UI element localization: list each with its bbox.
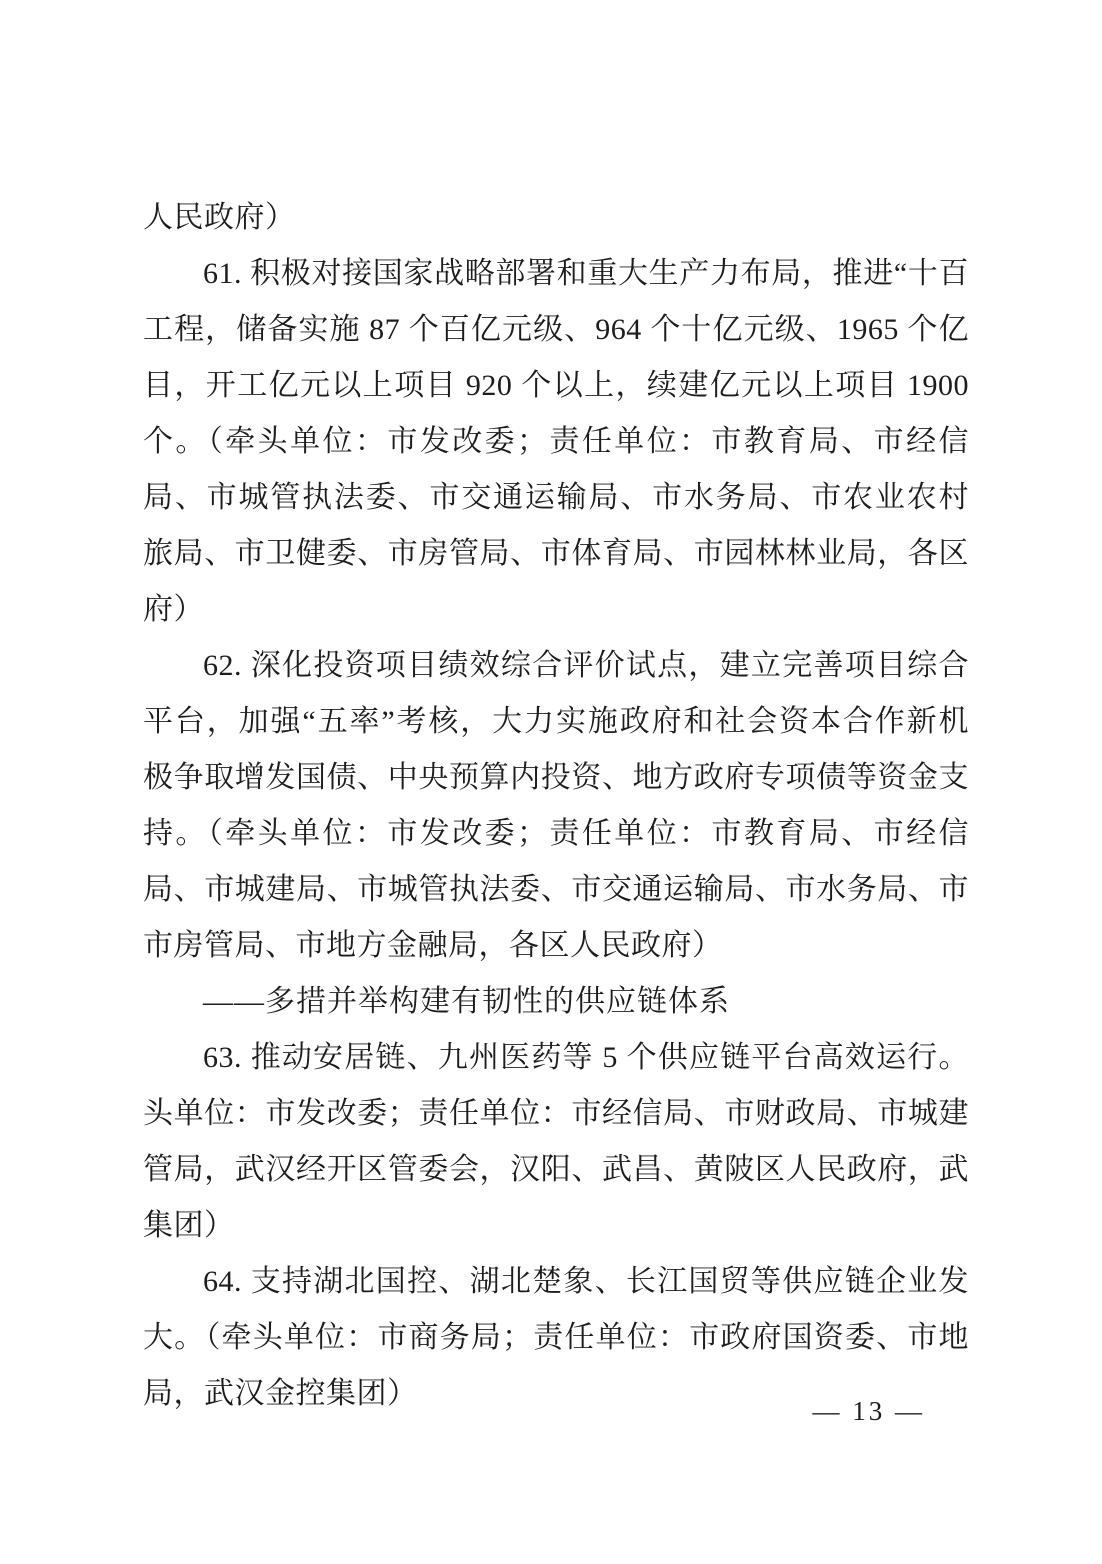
text-line: 工程，储备实施 87 个百亿元级、964 个十亿元级、1965 个亿元级项 xyxy=(143,302,969,358)
text-line: 市房管局、市地方金融局，各区人民政府） xyxy=(143,918,969,974)
text-line: 府） xyxy=(143,582,969,638)
section-heading: ——多措并举构建有韧性的供应链体系 xyxy=(143,974,969,1030)
text-line: 个。（牵头单位：市发改委；责任单位：市教育局、市经信局、市城建 xyxy=(143,414,969,470)
text-line: 大。（牵头单位：市商务局；责任单位：市政府国资委、市地方金融 xyxy=(143,1310,969,1366)
text-line: 持。（牵头单位：市发改委；责任单位：市教育局、市经信局、市财政 xyxy=(143,806,969,862)
text-line: 人民政府） xyxy=(143,190,969,246)
text-line: 局、市城管执法委、市交通运输局、市水务局、市农业农村局、市文 xyxy=(143,470,969,526)
text-line: 极争取增发国债、中央预算内投资、地方政府专项债等资金支 xyxy=(143,750,969,806)
text-line: 61. 积极对接国家战略部署和重大生产力布局，推进“十百千” xyxy=(143,246,969,302)
text-line: 64. 支持湖北国控、湖北楚象、长江国贸等供应链企业发展壮 xyxy=(143,1254,969,1310)
text-line: 集团） xyxy=(143,1198,969,1254)
page-number: — 13 — xyxy=(813,1396,926,1426)
document-page: 人民政府）61. 积极对接国家战略部署和重大生产力布局，推进“十百千”工程，储备… xyxy=(0,0,1102,1564)
text-line: 旅局、市卫健委、市房管局、市体育局、市园林林业局，各区人民政 xyxy=(143,526,969,582)
text-line: 管局，武汉经开区管委会，汉阳、武昌、黄陂区人民政府，武汉城建 xyxy=(143,1142,969,1198)
text-line: 局、市城建局、市城管执法委、市交通运输局、市水务局、市卫健委、 xyxy=(143,862,969,918)
document-body: 人民政府）61. 积极对接国家战略部署和重大生产力布局，推进“十百千”工程，储备… xyxy=(143,190,969,1422)
text-line: 头单位：市发改委；责任单位：市经信局、市财政局、市城建局、市房 xyxy=(143,1086,969,1142)
text-line: 目，开工亿元以上项目 920 个以上，续建亿元以上项目 1900 xyxy=(143,358,969,414)
text-line: 平台，加强“五率”考核，大力实施政府和社会资本合作新机制，积 xyxy=(143,694,969,750)
text-line: 63. 推动安居链、九州医药等 5 个供应链平台高效运行。（牵 xyxy=(143,1030,969,1086)
text-line: 62. 深化投资项目绩效综合评价试点，建立完善项目综合管理 xyxy=(143,638,969,694)
